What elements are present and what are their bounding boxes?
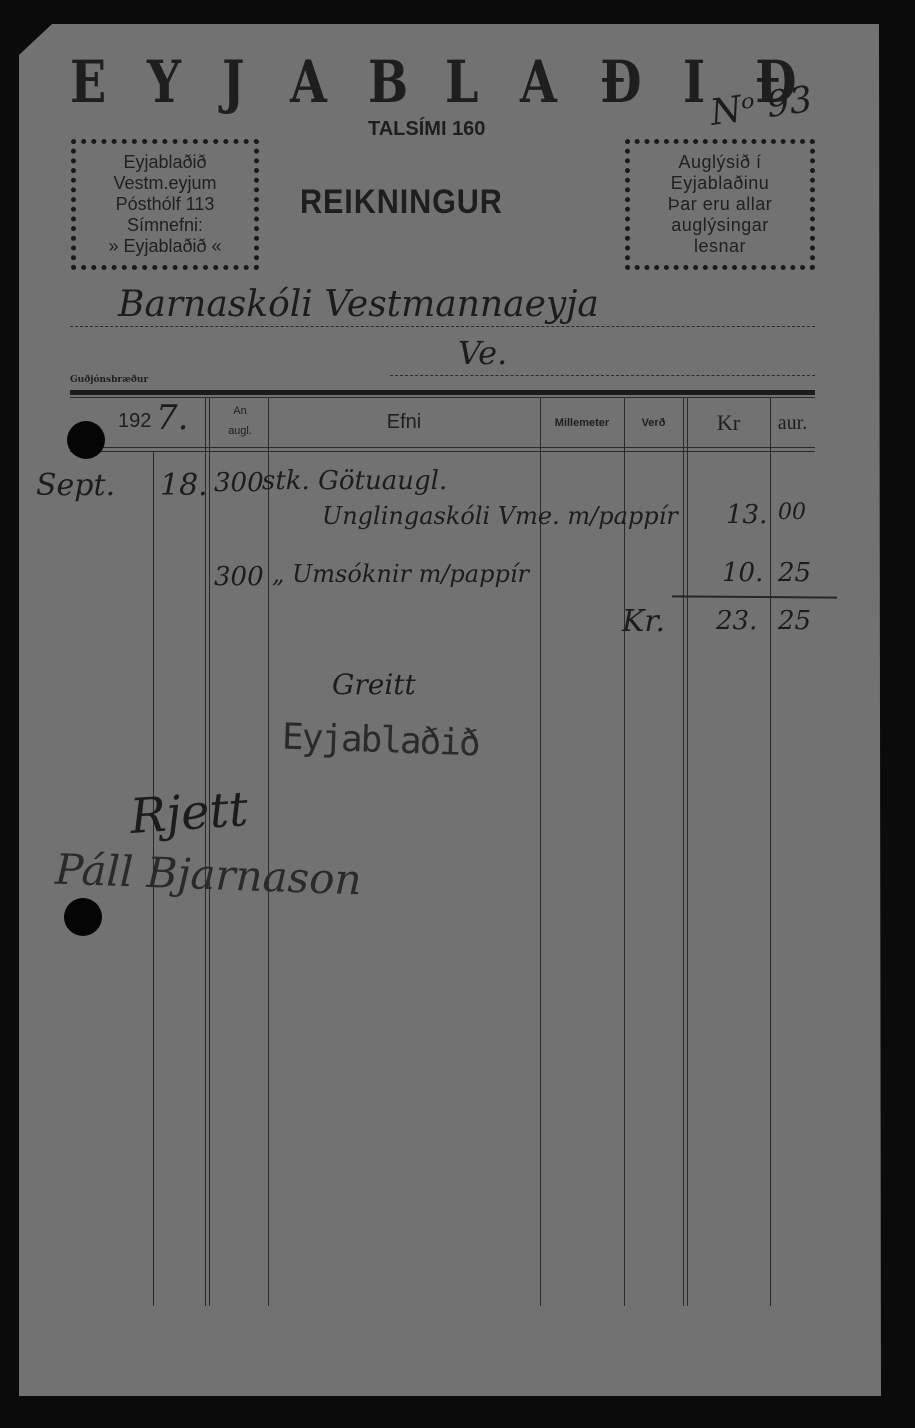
masthead-letter: Đ: [600, 48, 642, 116]
header-an-augl: An augl.: [212, 401, 268, 441]
slogan-line: lesnar: [630, 236, 810, 257]
column-divider: [687, 398, 688, 1306]
header-kr: Kr: [687, 410, 770, 436]
place-line: [390, 375, 815, 376]
header-bottom-rule-2: [70, 451, 815, 452]
row-kr: 13.: [726, 500, 767, 530]
header-efni: Efni: [268, 411, 540, 434]
recipient-place: Ve.: [458, 334, 507, 372]
row-description: stk. Götuaugl.: [262, 466, 447, 496]
masthead-letter: A: [290, 48, 327, 116]
slogan-line: Þar eru allar: [630, 194, 810, 215]
masthead-letter: J: [222, 48, 245, 116]
approved-note: Rjett: [128, 781, 250, 845]
recipient-name: Barnaskóli Vestmannaeyja: [118, 284, 599, 325]
slogan-line: Auglýsið í: [630, 152, 810, 173]
row-description: Unglingaskóli Vme. m/pappír: [322, 502, 678, 530]
punch-hole: [64, 898, 102, 936]
printer-credit: Guðjónsbræður: [70, 375, 148, 385]
masthead-letter: Y: [147, 48, 181, 116]
document-title: REIKNINGUR: [300, 183, 503, 222]
address-line: » Eyjablaðið «: [76, 236, 254, 257]
masthead-letter: A: [520, 48, 557, 116]
address-line: Símnefni:: [76, 215, 254, 236]
row-description: „ Umsóknir m/pappír: [272, 560, 529, 588]
row-month: Sept.: [36, 468, 115, 503]
slogan-line: Eyjablaðinu: [630, 173, 810, 194]
column-divider: [683, 398, 684, 1306]
masthead-letter: B: [368, 48, 408, 116]
address-line: Vestm.eyjum: [76, 173, 254, 194]
publisher-address-box: Eyjablaðið Vestm.eyjum Pósthólf 113 Símn…: [71, 139, 259, 270]
table-top-rule: [70, 390, 815, 395]
row-aur: 00: [778, 500, 806, 525]
slogan-line: auglýsingar: [630, 215, 810, 236]
masthead-letter: E: [70, 48, 106, 116]
row-qty: 300: [214, 562, 264, 592]
masthead-letter: L: [445, 48, 478, 116]
total-label: Kr.: [622, 604, 665, 639]
row-qty: 300: [214, 468, 264, 498]
row-aur: 25: [778, 558, 811, 588]
row-day: 18.: [160, 468, 208, 503]
year-suffix: 7.: [156, 398, 188, 438]
total-aur: 25: [778, 606, 811, 636]
address-line: Eyjablaðið: [76, 152, 254, 173]
column-divider: [540, 398, 541, 1306]
address-line: Pósthólf 113: [76, 194, 254, 215]
header-millemeter: Millemeter: [540, 417, 624, 429]
recipient-line: [70, 326, 815, 327]
header-an-label: An: [212, 401, 268, 421]
publisher-stamp: Eyjablaðið: [281, 717, 479, 765]
header-augl-label: augl.: [212, 421, 268, 441]
total-kr: 23.: [716, 606, 757, 636]
punch-hole: [67, 421, 105, 459]
column-divider: [770, 398, 771, 1306]
header-verd: Verð: [624, 417, 683, 429]
advert-slogan-box: Auglýsið í Eyjablaðinu Þar eru allar aug…: [625, 139, 815, 270]
phone-number: TALSÍMI 160: [368, 118, 485, 141]
masthead-letter: I: [683, 48, 705, 116]
header-aur: aur.: [770, 412, 815, 435]
year-prefix: 192: [118, 410, 151, 433]
row-kr: 10.: [722, 558, 763, 588]
column-divider: [624, 398, 625, 1306]
paid-note: Greitt: [332, 668, 416, 701]
header-bottom-rule: [70, 447, 815, 448]
